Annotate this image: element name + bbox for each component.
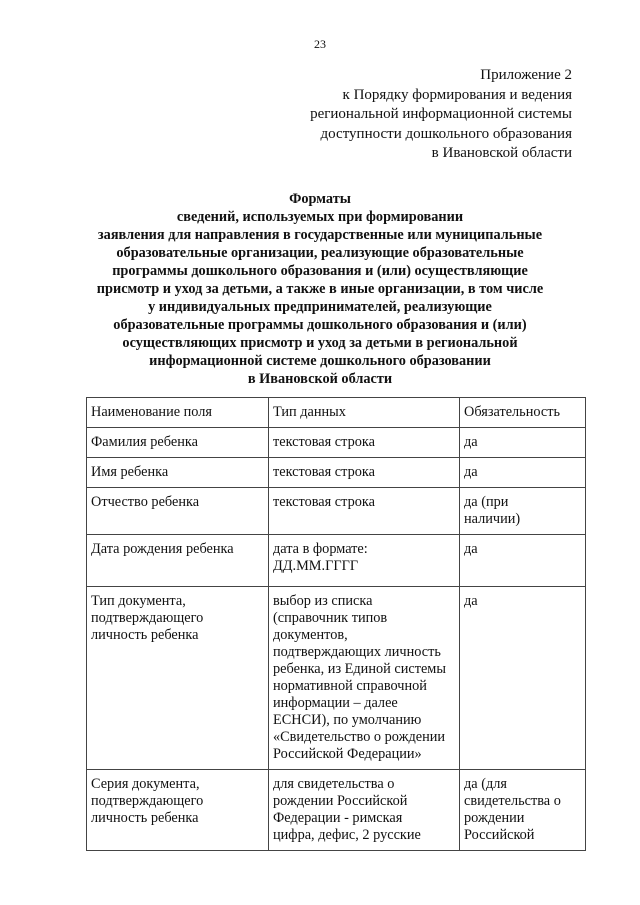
cell-data-type: выбор из списка (справочник типов докуме… <box>269 587 460 770</box>
title-line: сведений, используемых при формировании <box>70 208 570 226</box>
appendix-reference: Приложение 2 к Порядку формирования и ве… <box>272 66 572 164</box>
title-line: присмотр и уход за детьми, а также в ины… <box>70 280 570 298</box>
title-line: информационной системе дошкольного образ… <box>70 352 570 370</box>
header-field-name: Наименование поля <box>87 398 269 428</box>
cell-field-name: Имя ребенка <box>87 458 269 488</box>
cell-required: да <box>460 587 586 770</box>
title-line: осуществляющих присмотр и уход за детьми… <box>70 334 570 352</box>
cell-required: да <box>460 458 586 488</box>
header-required: Обязательность <box>460 398 586 428</box>
title-line: образовательные программы дошкольного об… <box>70 316 570 334</box>
appendix-line: доступности дошкольного образования <box>272 125 572 145</box>
cell-required: да (при наличии) <box>460 488 586 535</box>
table-row: Дата рождения ребенка дата в формате: ДД… <box>87 535 586 587</box>
title-line: Форматы <box>70 190 570 208</box>
title-line: заявления для направления в государствен… <box>70 226 570 244</box>
appendix-line: в Ивановской области <box>272 144 572 164</box>
appendix-line: региональной информационной системы <box>272 105 572 125</box>
cell-required: да <box>460 535 586 587</box>
cell-required: да <box>460 428 586 458</box>
cell-data-type: текстовая строка <box>269 488 460 535</box>
cell-data-type: дата в формате: ДД.ММ.ГГГГ <box>269 535 460 587</box>
page-number: 23 <box>0 37 640 51</box>
table-header-row: Наименование поля Тип данных Обязательно… <box>87 398 586 428</box>
cell-field-name: Дата рождения ребенка <box>87 535 269 587</box>
title-line: в Ивановской области <box>70 370 570 388</box>
cell-data-type: текстовая строка <box>269 428 460 458</box>
cell-field-name: Отчество ребенка <box>87 488 269 535</box>
title-line: программы дошкольного образования и (или… <box>70 262 570 280</box>
table-row: Отчество ребенка текстовая строка да (пр… <box>87 488 586 535</box>
cell-field-name: Фамилия ребенка <box>87 428 269 458</box>
table-row: Серия документа, подтверждающего личност… <box>87 770 586 851</box>
title-line: у индивидуальных предпринимателей, реали… <box>70 298 570 316</box>
appendix-line: Приложение 2 <box>272 66 572 86</box>
document-title: Форматы сведений, используемых при форми… <box>70 190 570 388</box>
header-data-type: Тип данных <box>269 398 460 428</box>
table-row: Фамилия ребенка текстовая строка да <box>87 428 586 458</box>
table-row: Тип документа, подтверждающего личность … <box>87 587 586 770</box>
appendix-line: к Порядку формирования и ведения <box>272 86 572 106</box>
cell-field-name: Серия документа, подтверждающего личност… <box>87 770 269 851</box>
table-row: Имя ребенка текстовая строка да <box>87 458 586 488</box>
cell-required: да (для свидетельства о рождении Российс… <box>460 770 586 851</box>
cell-field-name: Тип документа, подтверждающего личность … <box>87 587 269 770</box>
formats-table: Наименование поля Тип данных Обязательно… <box>86 397 586 851</box>
cell-data-type: для свидетельства о рождении Российской … <box>269 770 460 851</box>
title-line: образовательные организации, реализующие… <box>70 244 570 262</box>
cell-data-type: текстовая строка <box>269 458 460 488</box>
